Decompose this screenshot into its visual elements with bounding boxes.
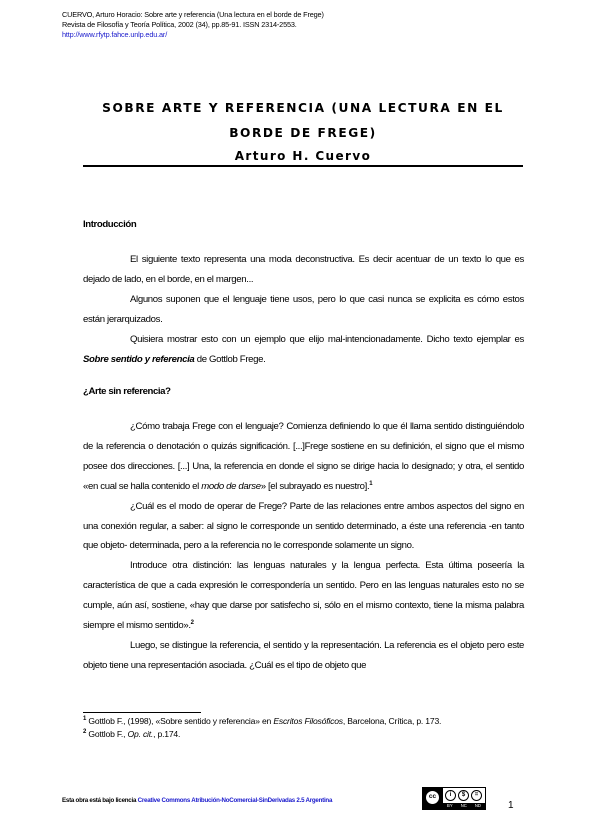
author-name: Arturo H. Cuervo: [83, 149, 523, 163]
footnote-divider: [83, 712, 201, 713]
cc-license-badge[interactable]: cc i $ = BY NC ND: [422, 787, 486, 810]
paragraph: Quisiera mostrar esto con un ejemplo que…: [83, 330, 524, 370]
license-link[interactable]: Creative Commons Atribución-NoComercial-…: [138, 797, 333, 804]
cc-labels: BY NC ND: [443, 803, 485, 809]
paragraph: Luego, se distingue la referencia, el se…: [83, 636, 524, 676]
nd-icon: =: [471, 790, 482, 801]
paragraph: Introduce otra distinción: las lenguas n…: [83, 556, 524, 636]
nc-icon: $: [458, 790, 469, 801]
work-title: Sobre sentido y referencia: [83, 354, 194, 365]
footnote-ref[interactable]: 2: [191, 620, 194, 626]
section-introduccion: Introducción El siguiente texto represen…: [83, 219, 524, 369]
footnote-ref[interactable]: 1: [369, 481, 372, 487]
license-notice: Esta obra está bajo licencia Creative Co…: [62, 797, 332, 804]
paragraph: El siguiente texto representa una moda d…: [83, 250, 524, 290]
paragraph: ¿Cómo trabaja Frege con el lenguaje? Com…: [83, 417, 524, 497]
paragraph: ¿Cuál es el modo de operar de Frege? Par…: [83, 497, 524, 557]
title-divider: [83, 165, 523, 167]
citation-line-2: Revista de Filosofía y Teoría Política, …: [62, 20, 324, 30]
emphasis: modo de darse: [201, 481, 260, 492]
cc-icon: cc: [425, 790, 440, 805]
section-heading: ¿Arte sin referencia?: [83, 386, 524, 397]
citation-line-1: CUERVO, Arturo Horacio: Sobre arte y ref…: [62, 10, 324, 20]
title-line-2: BORDE DE FREGE): [83, 121, 523, 146]
footnote: 2 Gottlob F., Op. cit., p.174.: [83, 727, 524, 740]
section-arte-sin-referencia: ¿Arte sin referencia? ¿Cómo trabaja Freg…: [83, 386, 524, 676]
citation-header: CUERVO, Arturo Horacio: Sobre arte y ref…: [62, 10, 324, 40]
title-line-1: SOBRE ARTE Y REFERENCIA (UNA LECTURA EN …: [83, 96, 523, 121]
footnote: 1 Gottlob F., (1998), «Sobre sentido y r…: [83, 714, 524, 727]
section-heading: Introducción: [83, 219, 524, 230]
journal-url-link[interactable]: http://www.rfytp.fahce.unlp.edu.ar/: [62, 30, 324, 40]
page-number: 1: [508, 800, 514, 811]
footnotes: 1 Gottlob F., (1998), «Sobre sentido y r…: [83, 714, 524, 741]
paragraph: Algunos suponen que el lenguaje tiene us…: [83, 290, 524, 330]
article-title: SOBRE ARTE Y REFERENCIA (UNA LECTURA EN …: [83, 96, 523, 146]
by-icon: i: [445, 790, 456, 801]
